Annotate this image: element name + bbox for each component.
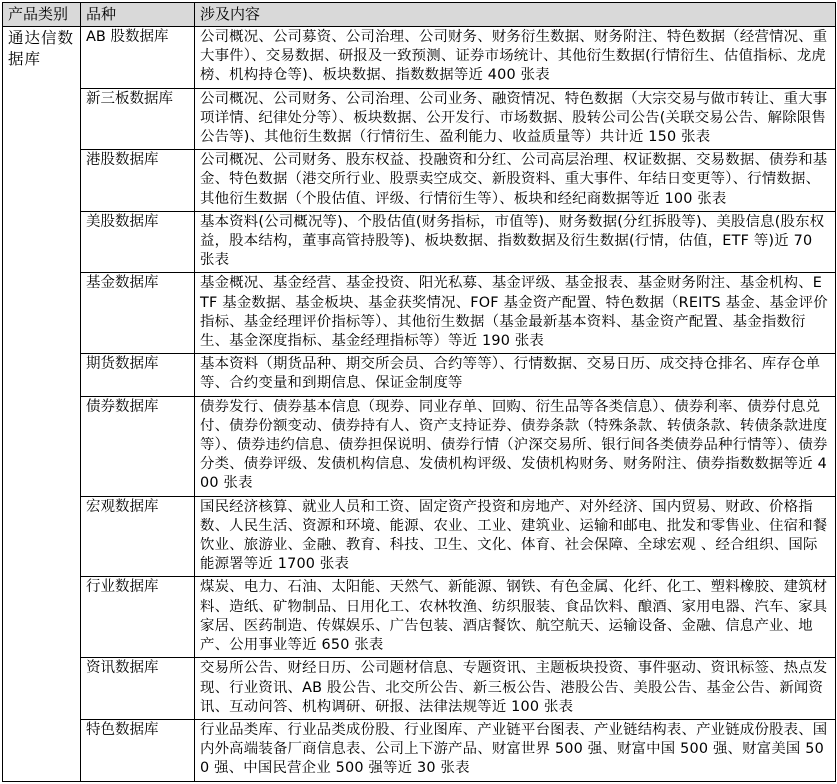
content-cell: 公司概况、公司财务、股东权益、投融资和分红、公司高层治理、权证数据、交易数据、债… bbox=[195, 150, 836, 212]
variety-cell: 美股数据库 bbox=[81, 211, 195, 273]
table-row: 行业数据库 煤炭、电力、石油、太阳能、天然气、新能源、钢铁、有色金属、化纤、化工… bbox=[3, 577, 836, 658]
content-cell: 煤炭、电力、石油、太阳能、天然气、新能源、钢铁、有色金属、化纤、化工、塑料橡胶、… bbox=[195, 577, 836, 658]
table-row: 期货数据库 基本资料（期货品种、期交所会员、合约等等）、行情数据、交易日历、成交… bbox=[3, 354, 836, 396]
table-row: 基金数据库 基金概况、基金经营、基金投资、阳光私募、基金评级、基金报表、基金财务… bbox=[3, 273, 836, 354]
table-row: 通达信数据库 AB 股数据库 公司概况、公司募资、公司治理、公司财务、财务衍生数… bbox=[3, 27, 836, 89]
table-row: 特色数据库 行业品类库、行业品类成份股、行业图库、产业链平台图表、产业链结构表、… bbox=[3, 719, 836, 781]
variety-cell: 资讯数据库 bbox=[81, 658, 195, 720]
content-cell: 基本资料（期货品种、期交所会员、合约等等）、行情数据、交易日历、成交持仓排名、库… bbox=[195, 354, 836, 396]
content-cell: 行业品类库、行业品类成份股、行业图库、产业链平台图表、产业链结构表、产业链成份股… bbox=[195, 719, 836, 781]
category-cell: 通达信数据库 bbox=[3, 27, 81, 782]
variety-cell: 宏观数据库 bbox=[81, 496, 195, 577]
table-row: 债券数据库 债券发行、债券基本信息（现券、同业存单、回购、衍生品等各类信息）、债… bbox=[3, 396, 836, 496]
column-header-variety: 品种 bbox=[81, 3, 195, 27]
product-database-table: 产品类别 品种 涉及内容 通达信数据库 AB 股数据库 公司概况、公司募资、公司… bbox=[2, 2, 836, 782]
variety-cell: 港股数据库 bbox=[81, 150, 195, 212]
content-cell: 交易所公告、财经日历、公司题材信息、专题资讯、主题板块投资、事件驱动、资讯标签、… bbox=[195, 658, 836, 720]
variety-cell: AB 股数据库 bbox=[81, 27, 195, 89]
column-header-category: 产品类别 bbox=[3, 3, 81, 27]
variety-cell: 行业数据库 bbox=[81, 577, 195, 658]
header-row: 产品类别 品种 涉及内容 bbox=[3, 3, 836, 27]
content-cell: 债券发行、债券基本信息（现券、同业存单、回购、衍生品等各类信息）、债券利率、债券… bbox=[195, 396, 836, 496]
table-row: 港股数据库 公司概况、公司财务、股东权益、投融资和分红、公司高层治理、权证数据、… bbox=[3, 150, 836, 212]
variety-cell: 新三板数据库 bbox=[81, 88, 195, 150]
content-cell: 公司概况、公司募资、公司治理、公司财务、财务衍生数据、财务附注、特色数据（经营情… bbox=[195, 27, 836, 89]
content-cell: 基金概况、基金经营、基金投资、阳光私募、基金评级、基金报表、基金财务附注、基金机… bbox=[195, 273, 836, 354]
table-row: 资讯数据库 交易所公告、财经日历、公司题材信息、专题资讯、主题板块投资、事件驱动… bbox=[3, 658, 836, 720]
table-row: 宏观数据库 国民经济核算、就业人员和工资、固定资产投资和房地产、对外经济、国内贸… bbox=[3, 496, 836, 577]
variety-cell: 期货数据库 bbox=[81, 354, 195, 396]
content-cell: 国民经济核算、就业人员和工资、固定资产投资和房地产、对外经济、国内贸易、财政、价… bbox=[195, 496, 836, 577]
table-row: 新三板数据库 公司概况、公司财务、公司治理、公司业务、融资情况、特色数据（大宗交… bbox=[3, 88, 836, 150]
content-cell: 基本资料(公司概况等)、个股估值(财务指标，市值等)、财务数据(分红拆股等)、美… bbox=[195, 211, 836, 273]
document-page: 产品类别 品种 涉及内容 通达信数据库 AB 股数据库 公司概况、公司募资、公司… bbox=[0, 0, 837, 784]
table-row: 美股数据库 基本资料(公司概况等)、个股估值(财务指标，市值等)、财务数据(分红… bbox=[3, 211, 836, 273]
content-cell: 公司概况、公司财务、公司治理、公司业务、融资情况、特色数据（大宗交易与做市转让、… bbox=[195, 88, 836, 150]
variety-cell: 特色数据库 bbox=[81, 719, 195, 781]
variety-cell: 基金数据库 bbox=[81, 273, 195, 354]
variety-cell: 债券数据库 bbox=[81, 396, 195, 496]
column-header-content: 涉及内容 bbox=[195, 3, 836, 27]
